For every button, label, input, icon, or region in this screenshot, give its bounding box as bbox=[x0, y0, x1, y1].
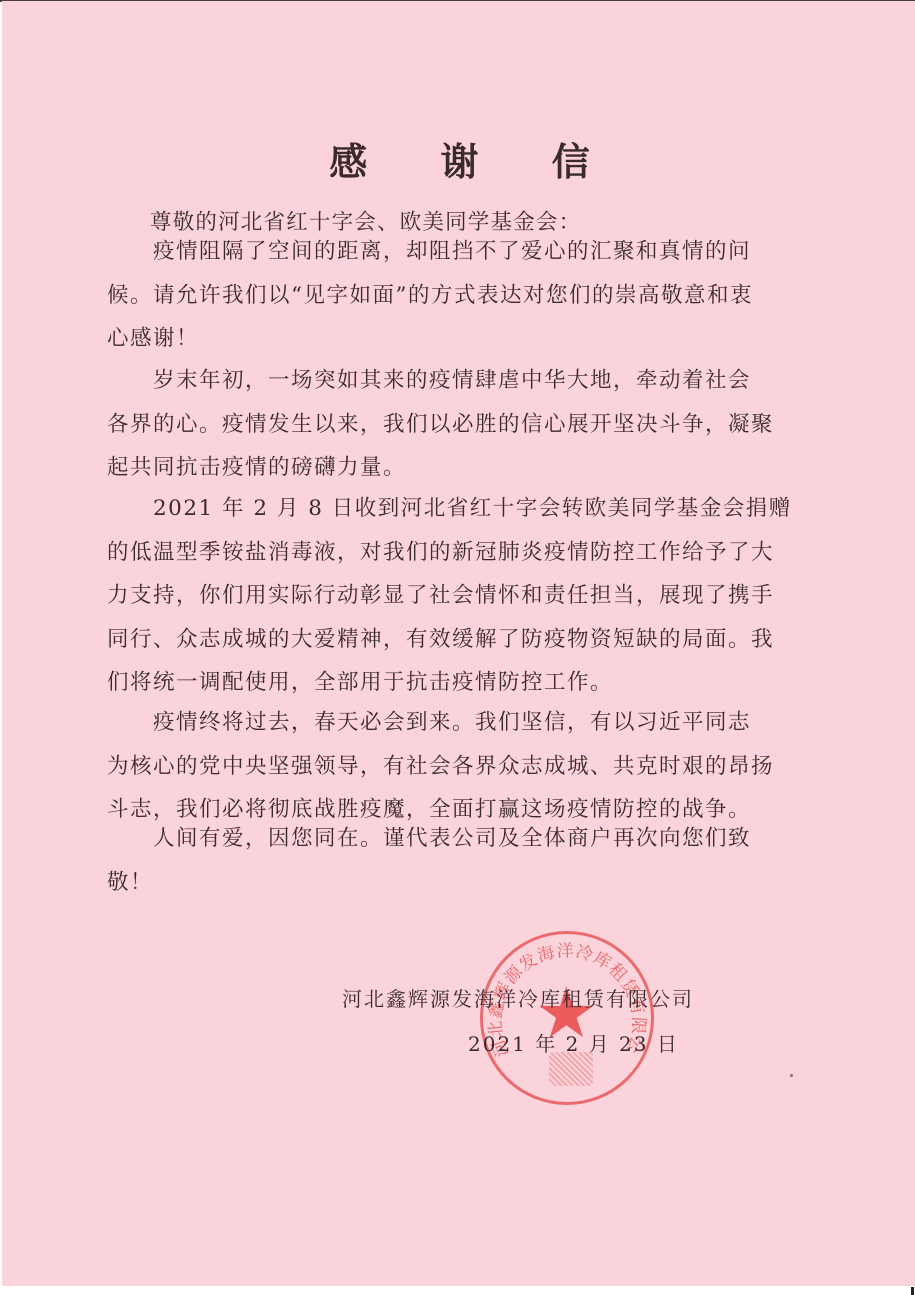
letter-page: 感 谢 信 尊敬的河北省红十字会、欧美同学基金会： 疫情阻隔了空间的距离，却阻挡… bbox=[2, 1, 915, 1286]
scan-corner-mark bbox=[911, 1287, 914, 1295]
paragraph-line: 为核心的党中央坚强领导，有社会各界众志成城、共克时艰的昂扬 bbox=[107, 745, 807, 789]
seal-security-code bbox=[549, 1052, 593, 1086]
paragraph-line: 们将统一调配使用，全部用于抗击疫情防控工作。 bbox=[107, 661, 807, 705]
paragraph-line: 的低温型季铵盐消毒液，对我们的新冠肺炎疫情防控工作给予了大 bbox=[107, 531, 807, 575]
paragraph-line: 疫情阻隔了空间的距离，却阻挡不了爱心的汇聚和真情的问 bbox=[107, 230, 807, 274]
signer-company: 河北鑫辉源发海洋冷库租赁有限公司 bbox=[342, 983, 694, 1012]
paragraph-line: 各界的心。疫情发生以来，我们以必胜的信心展开坚决斗争，凝聚 bbox=[107, 403, 807, 447]
paragraph-line: 同行、众志成城的大爱精神，有效缓解了防疫物资短缺的局面。我 bbox=[107, 618, 807, 662]
paragraph-line: 起共同抗击疫情的磅礴力量。 bbox=[107, 446, 807, 490]
paragraph-2: 岁末年初，一场突如其来的疫情肆虐中华大地，牵动着社会 各界的心。疫情发生以来，我… bbox=[107, 359, 807, 490]
paragraph-line: 心感谢！ bbox=[107, 317, 807, 361]
paragraph-line: 人间有爱，因您同在。谨代表公司及全体商户再次向您们致 bbox=[107, 817, 807, 861]
letter-title: 感 谢 信 bbox=[2, 131, 915, 186]
letter-date: 2021 年 2 月 23 日 bbox=[468, 1028, 679, 1057]
paragraph-line: 疫情终将过去，春天必会到来。我们坚信，有以习近平同志 bbox=[107, 701, 807, 745]
paragraph-line: 敬！ bbox=[107, 861, 807, 905]
company-seal: 河北鑫辉源发海洋冷库租赁有限公司 ★ bbox=[480, 931, 654, 1105]
paragraph-4: 疫情终将过去，春天必会到来。我们坚信，有以习近平同志 为核心的党中央坚强领导，有… bbox=[107, 701, 807, 832]
paragraph-line: 2021 年 2 月 8 日收到河北省红十字会转欧美同学基金会捐赠 bbox=[107, 487, 807, 531]
scan-speck bbox=[790, 1074, 793, 1077]
paragraph-line: 力支持，你们用实际行动彰显了社会情怀和责任担当，展现了携手 bbox=[107, 574, 807, 618]
paragraph-line: 候。请允许我们以“见字如面”的方式表达对您们的崇高敬意和衷 bbox=[107, 274, 807, 318]
paragraph-3: 2021 年 2 月 8 日收到河北省红十字会转欧美同学基金会捐赠 的低温型季铵… bbox=[107, 487, 807, 705]
paragraph-line: 岁末年初，一场突如其来的疫情肆虐中华大地，牵动着社会 bbox=[107, 359, 807, 403]
paragraph-1: 疫情阻隔了空间的距离，却阻挡不了爱心的汇聚和真情的问 候。请允许我们以“见字如面… bbox=[107, 230, 807, 361]
paragraph-5: 人间有爱，因您同在。谨代表公司及全体商户再次向您们致 敬！ bbox=[107, 817, 807, 904]
